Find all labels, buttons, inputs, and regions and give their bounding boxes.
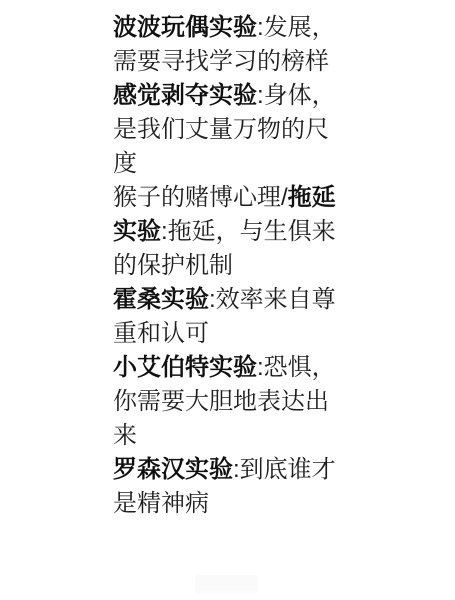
experiment-entry-procrastination: 猴子的赌博心理/拖延实验:拖延，与生俱来的保护机制 xyxy=(113,181,347,283)
separator-colon: : xyxy=(257,82,264,109)
separator-colon: : xyxy=(209,286,216,313)
experiment-entry-hawthorne: 霍桑实验:效率来自尊重和认可 xyxy=(113,283,347,351)
experiment-entry-little-albert: 小艾伯特实验:恐惧，你需要大胆地表达出来 xyxy=(113,351,347,453)
experiment-name: 小艾伯特实验 xyxy=(113,354,257,381)
separator-colon: : xyxy=(233,456,240,483)
experiment-entry-rosenhan: 罗森汉实验:到底谁才是精神病 xyxy=(113,453,347,521)
experiment-notes-list: 波波玩偶实验:发展，需要寻找学习的榜样 感觉剥夺实验:身体，是我们丈量万物的尺度… xyxy=(113,11,347,521)
faint-watermark xyxy=(195,575,258,594)
experiment-prefix: 猴子的赌博心理/ xyxy=(113,184,288,211)
experiment-entry-sensory-deprivation: 感觉剥夺实验:身体，是我们丈量万物的尺度 xyxy=(113,79,347,181)
experiment-name: 霍桑实验 xyxy=(113,286,209,313)
separator-colon: : xyxy=(257,14,264,41)
experiment-name: 波波玩偶实验 xyxy=(113,14,257,41)
experiment-entry-bobo-doll: 波波玩偶实验:发展，需要寻找学习的榜样 xyxy=(113,11,347,79)
separator-colon: : xyxy=(161,218,168,245)
experiment-name: 罗森汉实验 xyxy=(113,456,233,483)
separator-colon: : xyxy=(257,354,264,381)
experiment-name: 感觉剥夺实验 xyxy=(113,82,257,109)
